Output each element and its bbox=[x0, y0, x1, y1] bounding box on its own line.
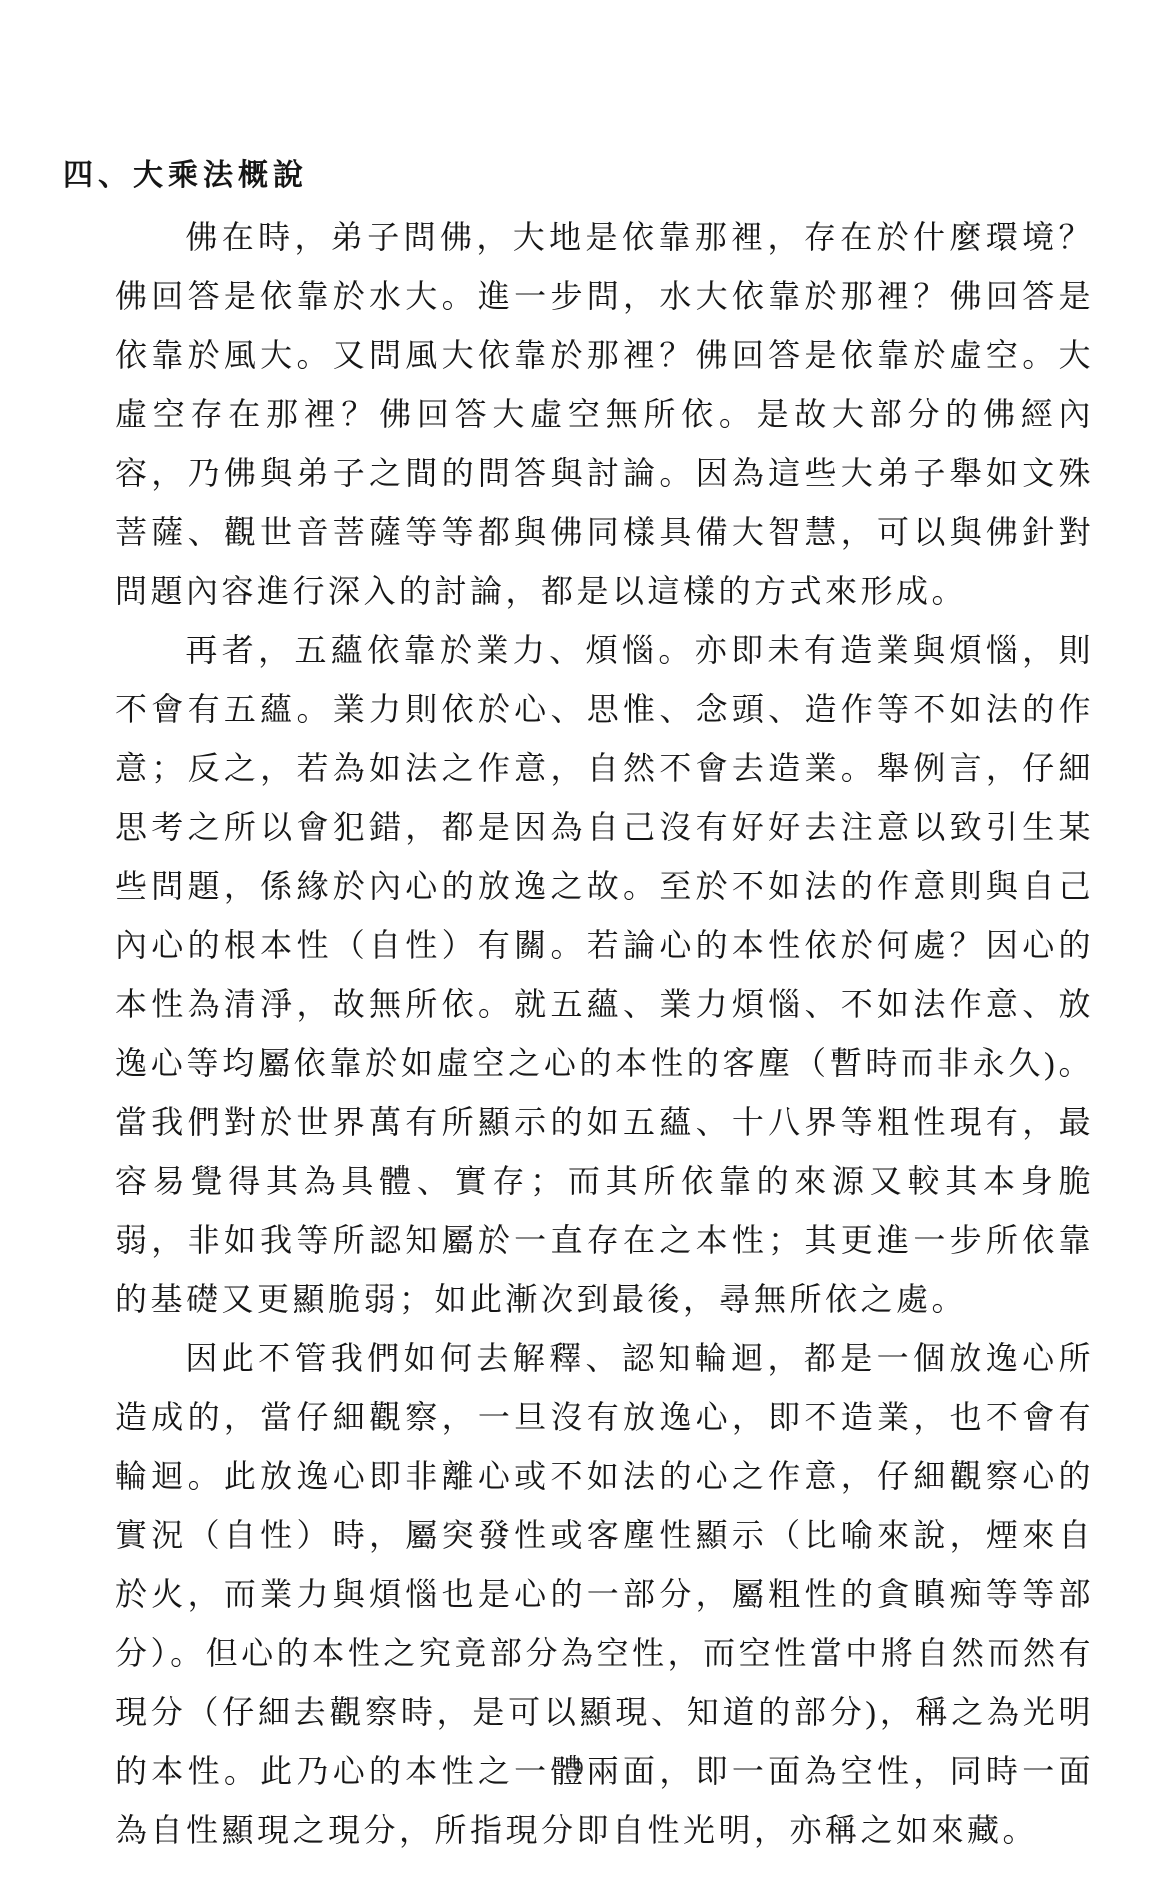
document-body: 佛在時，弟子問佛，大地是依靠那裡，存在於什麼環境？佛回答是依靠於水大。進一步問，… bbox=[115, 208, 1094, 1860]
document-page: 四、大乘法概說 佛在時，弟子問佛，大地是依靠那裡，存在於什麼環境？佛回答是依靠於… bbox=[0, 0, 1170, 1891]
page-number: 9 bbox=[63, 1758, 1093, 1781]
section-heading: 四、大乘法概說 bbox=[63, 150, 308, 194]
paragraph-1: 佛在時，弟子問佛，大地是依靠那裡，存在於什麼環境？佛回答是依靠於水大。進一步問，… bbox=[115, 208, 1094, 621]
paragraph-2: 再者，五蘊依靠於業力、煩惱。亦即未有造業與煩惱，則不會有五蘊。業力則依於心、思惟… bbox=[115, 621, 1094, 1329]
